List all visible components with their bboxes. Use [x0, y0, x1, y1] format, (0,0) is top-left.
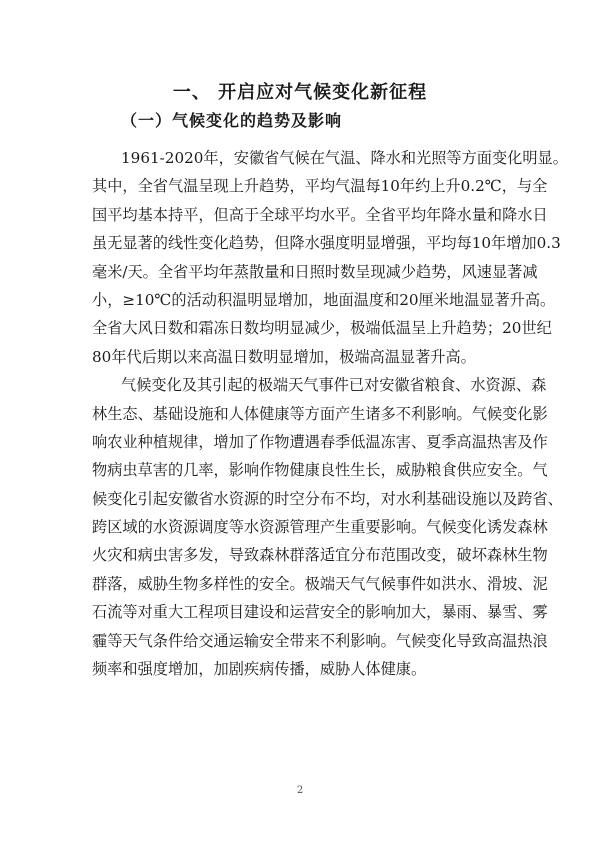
text-line: 林生态、基础设施和人体健康等方面产生诸多不利影响。气候变化影 — [92, 400, 512, 428]
text-line: 小，≥10℃的活动积温明显增加，地面温度和20厘米地温显著升高。 — [92, 286, 512, 314]
text-line: 80年代后期以来高温日数明显增加，极端高温显著升高。 — [92, 343, 512, 371]
body-text: 1961-2020年，安徽省气候在气温、降水和光照等方面变化明显。 其中，全省气… — [92, 144, 512, 683]
subsection-heading: （一）气候变化的趋势及影响 — [121, 108, 342, 131]
text-line: 频率和强度增加，加剧疾病传播，威胁人体健康。 — [92, 655, 512, 683]
page-number: 2 — [0, 785, 600, 796]
text-line: 群落，威胁生物多样性的安全。极端天气气候事件如洪水、滑坡、泥 — [92, 570, 512, 598]
text-line: 其中，全省气温呈现上升趋势，平均气温每10年约上升0.2℃，与全 — [92, 172, 512, 200]
text-line: 石流等对重大工程项目建设和运营安全的影响加大，暴雨、暴雪、雾 — [92, 598, 512, 626]
text-line: 跨区域的水资源调度等水资源管理产生重要影响。气候变化诱发森林 — [92, 513, 512, 541]
text-line: 1961-2020年，安徽省气候在气温、降水和光照等方面变化明显。 — [92, 144, 512, 172]
paragraph-climate-trends: 1961-2020年，安徽省气候在气温、降水和光照等方面变化明显。 其中，全省气… — [92, 144, 512, 371]
document-page: 一、 开启应对气候变化新征程 （一）气候变化的趋势及影响 1961-2020年，… — [0, 0, 600, 848]
text-line: 全省大风日数和霜冻日数均明显减少，极端低温呈上升趋势；20世纪 — [92, 314, 512, 342]
section-title: 一、 开启应对气候变化新征程 — [0, 78, 600, 104]
text-line: 火灾和病虫害多发，导致森林群落适宜分布范围改变，破坏森林生物 — [92, 541, 512, 569]
text-line: 物病虫草害的几率，影响作物健康良性生长，威胁粮食供应安全。气 — [92, 456, 512, 484]
text-line: 霾等天气条件给交通运输安全带来不利影响。气候变化导致高温热浪 — [92, 627, 512, 655]
text-line: 国平均基本持平，但高于全球平均水平。全省平均年降水量和降水日 — [92, 201, 512, 229]
text-line: 响农业种植规律，增加了作物遭遇春季低温冻害、夏季高温热害及作 — [92, 428, 512, 456]
text-line: 气候变化及其引起的极端天气事件已对安徽省粮食、水资源、森 — [92, 371, 512, 399]
paragraph-climate-impacts: 气候变化及其引起的极端天气事件已对安徽省粮食、水资源、森 林生态、基础设施和人体… — [92, 371, 512, 683]
text-line: 候变化引起安徽省水资源的时空分布不均，对水利基础设施以及跨省、 — [92, 485, 512, 513]
text-line: 毫米/天。全省平均年蒸散量和日照时数呈现减少趋势，风速显著减 — [92, 258, 512, 286]
text-line: 虽无显著的线性变化趋势，但降水强度明显增强，平均每10年增加0.3 — [92, 229, 512, 257]
